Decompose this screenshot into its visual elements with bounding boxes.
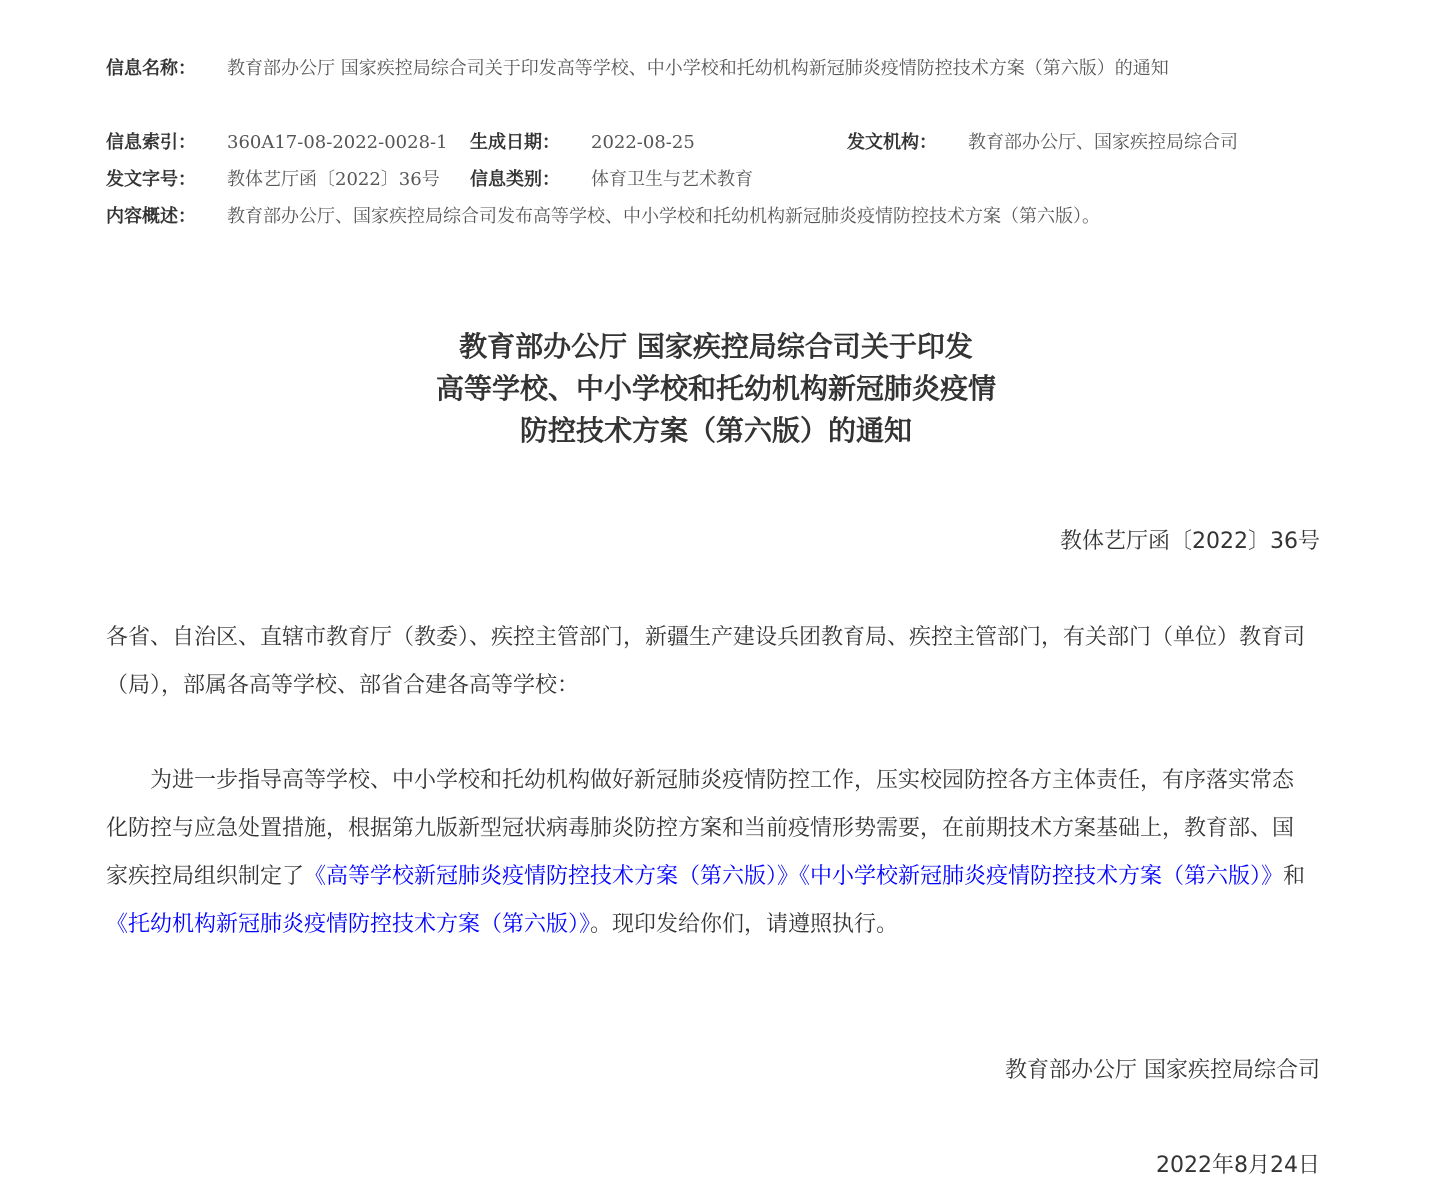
body-closing: 。现印发给你们，请遵照执行。: [590, 912, 898, 937]
meta-row-name: 信息名称： 教育部办公厅 国家疾控局综合司关于印发高等学校、中小学校和托幼机构新…: [106, 50, 1326, 124]
meta-summary-value: 教育部办公厅、国家疾控局综合司发布高等学校、中小学校和托幼机构新冠肺炎疫情防控技…: [227, 198, 1100, 235]
addressees: 各省、自治区、直辖市教育厅（教委）、疾控主管部门，新疆生产建设兵团教育局、疾控主…: [106, 614, 1311, 710]
meta-summary-label: 内容概述：: [106, 198, 196, 235]
meta-category-label: 信息类别：: [470, 161, 560, 198]
link-higher-education-plan[interactable]: 《高等学校新冠肺炎疫情防控技术方案（第六版）》: [304, 864, 799, 889]
meta-index-label: 信息索引：: [106, 124, 196, 161]
title-line-1: 教育部办公厅 国家疾控局综合司关于印发: [0, 326, 1432, 368]
meta-name-value: 教育部办公厅 国家疾控局综合司关于印发高等学校、中小学校和托幼机构新冠肺炎疫情防…: [227, 50, 1317, 87]
meta-row-index: 信息索引： 360A17-08-2022-0028-1 生成日期： 2022-0…: [106, 124, 1326, 161]
title-line-2: 高等学校、中小学校和托幼机构新冠肺炎疫情: [0, 368, 1432, 410]
meta-docno-value: 教体艺厅函〔2022〕36号: [227, 161, 440, 198]
body-paragraph: 为进一步指导高等学校、中小学校和托幼机构做好新冠肺炎疫情防控工作，压实校园防控各…: [106, 757, 1311, 949]
meta-docno-label: 发文字号：: [106, 161, 196, 198]
meta-issuer-value: 教育部办公厅、国家疾控局综合司: [968, 124, 1238, 161]
body-and: 和: [1283, 864, 1305, 889]
document-number: 教体艺厅函〔2022〕36号: [1060, 524, 1320, 555]
meta-date-value: 2022-08-25: [591, 124, 695, 161]
link-primary-secondary-plan[interactable]: 《中小学校新冠肺炎疫情防控技术方案（第六版）》: [799, 864, 1283, 889]
meta-row-docno: 发文字号： 教体艺厅函〔2022〕36号 信息类别： 体育卫生与艺术教育: [106, 161, 1326, 198]
title-line-3: 防控技术方案（第六版）的通知: [0, 410, 1432, 452]
document-metadata: 信息名称： 教育部办公厅 国家疾控局综合司关于印发高等学校、中小学校和托幼机构新…: [106, 50, 1326, 235]
meta-index-value: 360A17-08-2022-0028-1: [227, 124, 448, 161]
signature: 教育部办公厅 国家疾控局综合司: [1005, 1053, 1320, 1084]
meta-date-label: 生成日期：: [470, 124, 560, 161]
meta-issuer-label: 发文机构：: [847, 124, 937, 161]
link-childcare-plan[interactable]: 《托幼机构新冠肺炎疫情防控技术方案（第六版）》: [106, 912, 590, 937]
document-title: 教育部办公厅 国家疾控局综合司关于印发 高等学校、中小学校和托幼机构新冠肺炎疫情…: [0, 326, 1432, 452]
meta-row-summary: 内容概述： 教育部办公厅、国家疾控局综合司发布高等学校、中小学校和托幼机构新冠肺…: [106, 198, 1326, 235]
meta-name-label: 信息名称：: [106, 50, 196, 87]
meta-category-value: 体育卫生与艺术教育: [591, 161, 753, 198]
sign-date: 2022年8月24日: [1156, 1148, 1320, 1179]
